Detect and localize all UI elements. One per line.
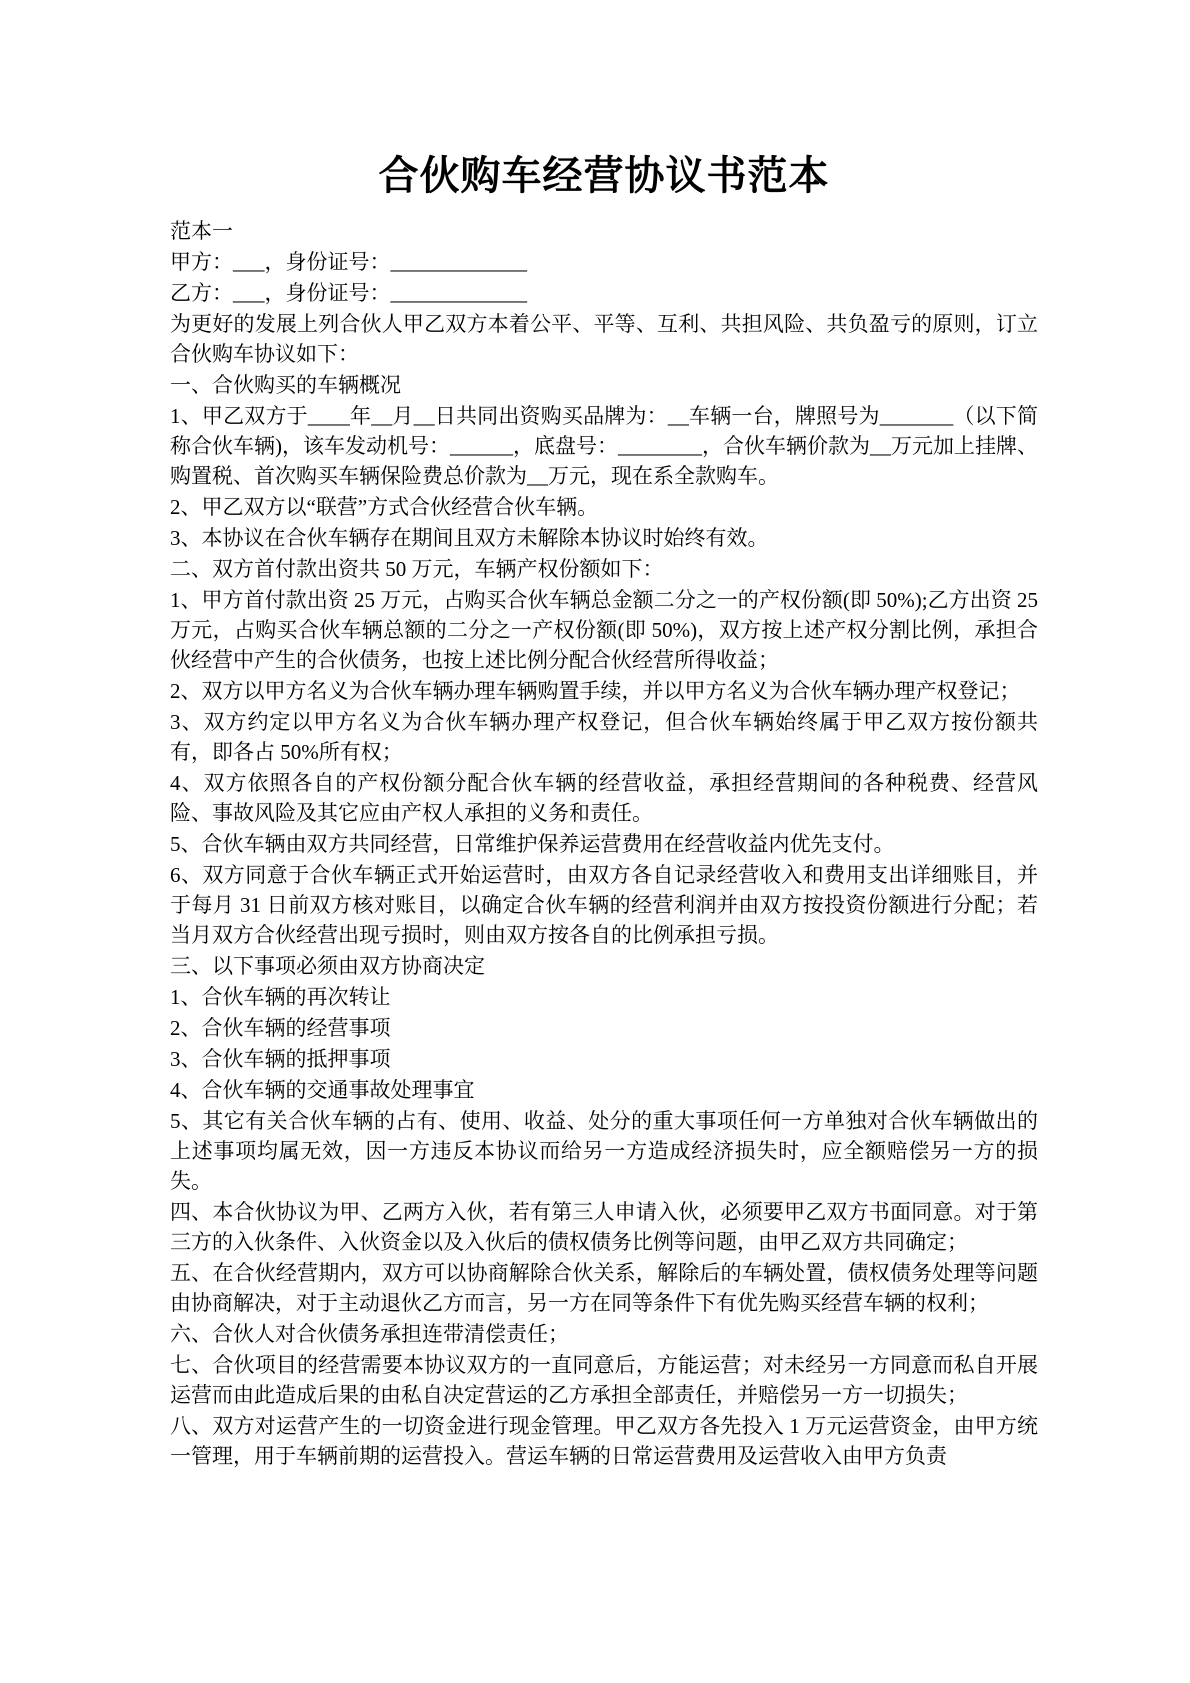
paragraph: 1、合伙车辆的再次转让 xyxy=(170,982,1038,1012)
paragraph: 1、甲方首付款出资 25 万元，占购买合伙车辆总金额二分之一的产权份额(即 50… xyxy=(170,585,1038,675)
paragraph: 5、其它有关合伙车辆的占有、使用、收益、处分的重大事项任何一方单独对合伙车辆做出… xyxy=(170,1106,1038,1196)
paragraph: 3、合伙车辆的抵押事项 xyxy=(170,1044,1038,1074)
paragraph: 6、双方同意于合伙车辆正式开始运营时，由双方各自记录经营收入和费用支出详细账目，… xyxy=(170,860,1038,950)
paragraph: 4、双方依照各自的产权份额分配合伙车辆的经营收益，承担经营期间的各种税费、经营风… xyxy=(170,768,1038,828)
paragraph: 六、合伙人对合伙债务承担连带清偿责任； xyxy=(170,1319,1038,1349)
paragraph: 乙方：___，身份证号：_____________ xyxy=(170,278,1038,308)
paragraph: 甲方：___，身份证号：_____________ xyxy=(170,247,1038,277)
paragraph: 4、合伙车辆的交通事故处理事宜 xyxy=(170,1075,1038,1105)
paragraph: 2、双方以甲方名义为合伙车辆办理车辆购置手续，并以甲方名义为合伙车辆办理产权登记… xyxy=(170,676,1038,706)
paragraph: 3、本协议在合伙车辆存在期间且双方未解除本协议时始终有效。 xyxy=(170,523,1038,553)
paragraph: 为更好的发展上列合伙人甲乙双方本着公平、平等、互利、共担风险、共负盈亏的原则，订… xyxy=(170,309,1038,369)
paragraph: 八、双方对运营产生的一切资金进行现金管理。甲乙双方各先投入 1 万元运营资金，由… xyxy=(170,1411,1038,1471)
paragraph: 三、以下事项必须由双方协商决定 xyxy=(170,951,1038,981)
paragraph: 七、合伙项目的经营需要本协议双方的一直同意后，方能运营；对未经另一方同意而私自开… xyxy=(170,1350,1038,1410)
paragraph: 5、合伙车辆由双方共同经营，日常维护保养运营费用在经营收益内优先支付。 xyxy=(170,829,1038,859)
document-title: 合伙购车经营协议书范本 xyxy=(170,148,1038,204)
paragraph: 范本一 xyxy=(170,216,1038,246)
paragraph: 2、甲乙双方以“联营”方式合伙经营合伙车辆。 xyxy=(170,492,1038,522)
paragraph: 一、合伙购买的车辆概况 xyxy=(170,370,1038,400)
document-body: 范本一甲方：___，身份证号：_____________乙方：___，身份证号：… xyxy=(170,216,1038,1471)
paragraph: 四、本合伙协议为甲、乙两方入伙，若有第三人申请入伙，必须要甲乙双方书面同意。对于… xyxy=(170,1197,1038,1257)
paragraph: 五、在合伙经营期内，双方可以协商解除合伙关系，解除后的车辆处置，债权债务处理等问… xyxy=(170,1258,1038,1318)
document-page: 合伙购车经营协议书范本 范本一甲方：___，身份证号：_____________… xyxy=(0,0,1190,1683)
paragraph: 3、双方约定以甲方名义为合伙车辆办理产权登记，但合伙车辆始终属于甲乙双方按份额共… xyxy=(170,707,1038,767)
paragraph: 二、双方首付款出资共 50 万元，车辆产权份额如下： xyxy=(170,554,1038,584)
paragraph: 1、甲乙双方于____年__月__日共同出资购买品牌为：__车辆一台，牌照号为_… xyxy=(170,401,1038,491)
paragraph: 2、合伙车辆的经营事项 xyxy=(170,1013,1038,1043)
